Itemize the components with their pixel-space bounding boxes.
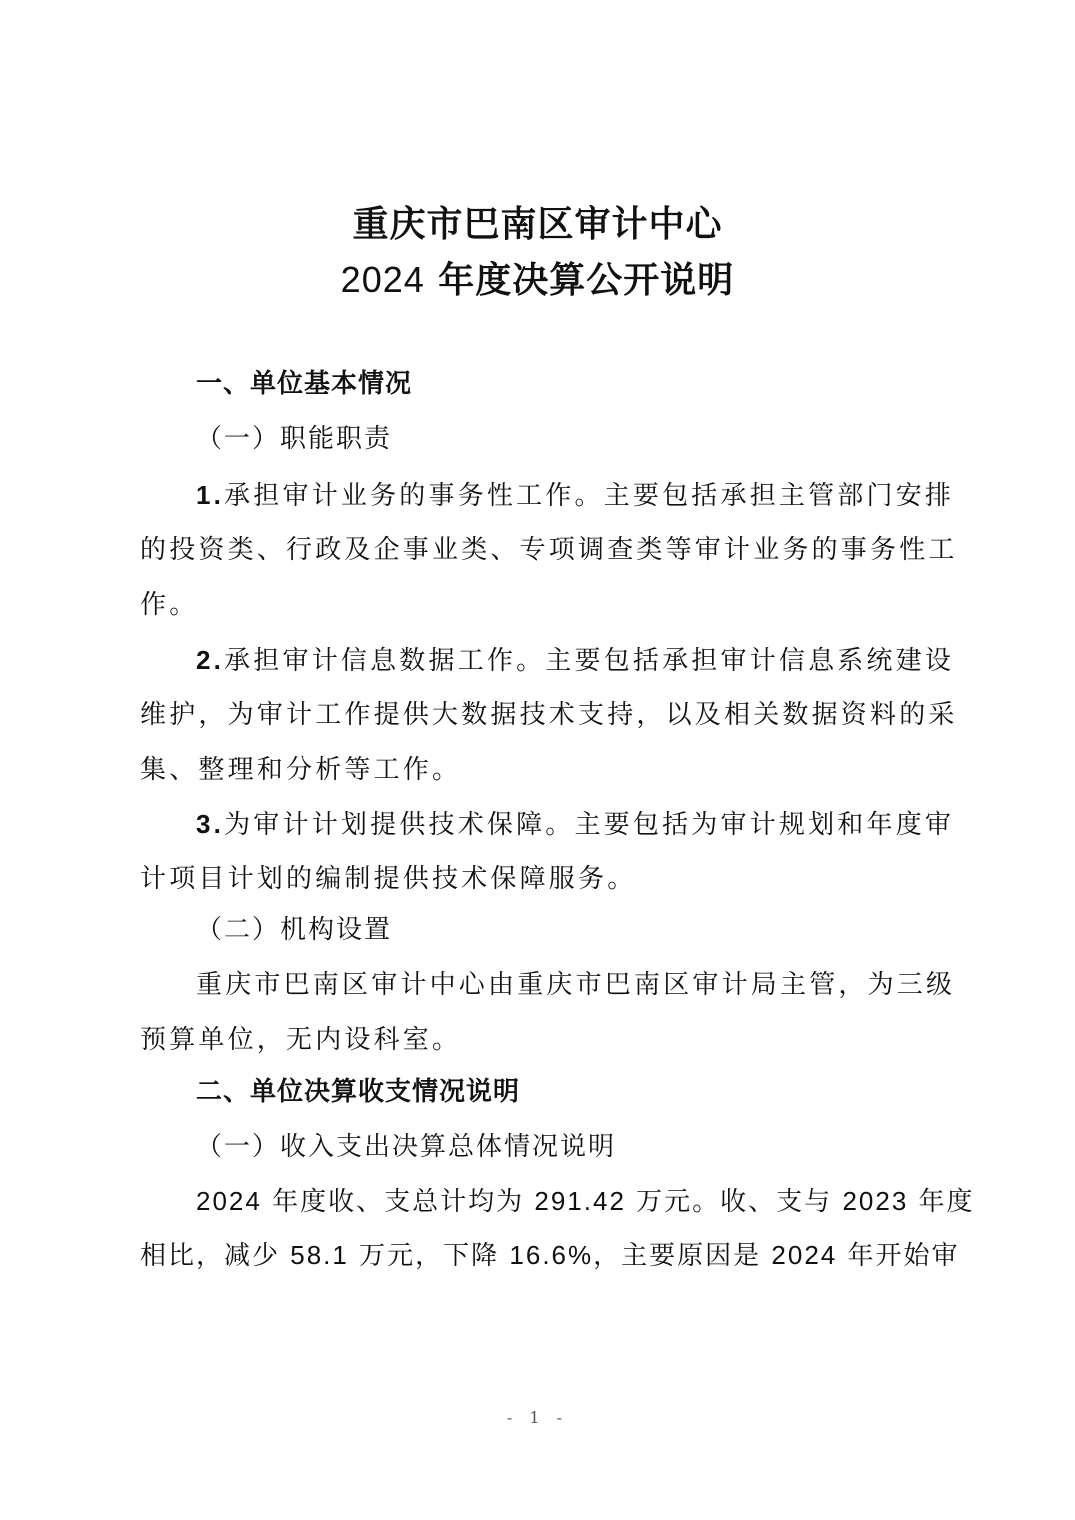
duty-item-2-number: 2. <box>196 645 224 675</box>
summary-decrease-amount: 58.1 <box>290 1240 349 1270</box>
duty-item-1-line2: 的投资类、行政及企事业类、专项调查类等审计业务的事务性工 <box>140 532 940 568</box>
organization-line1: 重庆市巴南区审计中心由重庆市巴南区审计局主管，为三级 <box>196 967 940 1003</box>
title-year: 2024 <box>341 259 425 300</box>
page-number: - 1 - <box>0 1408 1075 1427</box>
summary-text-4: 相比，减少 <box>140 1241 290 1271</box>
summary-text-6: ，主要原因是 <box>593 1241 771 1271</box>
duty-item-2-line1: 2.承担审计信息数据工作。主要包括承担审计信息系统建设 <box>196 642 940 679</box>
duty-item-3-line1: 3.为审计计划提供技术保障。主要包括为审计规划和年度审 <box>196 806 940 843</box>
summary-text-5: 万元，下降 <box>349 1241 510 1271</box>
subsection-heading-organization: （二）机构设置 <box>196 912 996 948</box>
summary-text-3: 年度 <box>908 1187 974 1217</box>
summary-year-2: 2024 <box>771 1240 837 1270</box>
duty-item-3-line2: 计项目计划的编制提供技术保障服务。 <box>140 861 940 897</box>
summary-text-2: 万元。收、支与 <box>626 1187 843 1217</box>
summary-total-amount: 291.42 <box>534 1186 626 1216</box>
document-page: 重庆市巴南区审计中心 2024 年度决算公开说明 一、单位基本情况 （一）职能职… <box>0 0 1075 1520</box>
summary-text-1: 年度收、支总计均为 <box>262 1187 535 1217</box>
subsection-heading-duties: （一）职能职责 <box>196 421 996 457</box>
summary-line1: 2024 年度收、支总计均为 291.42 万元。收、支与 2023 年度 <box>196 1183 940 1220</box>
organization-line2: 预算单位，无内设科室。 <box>140 1022 940 1058</box>
duty-item-3-text: 为审计计划提供技术保障。主要包括为审计规划和年度审 <box>224 810 954 840</box>
summary-prev-year: 2023 <box>842 1186 908 1216</box>
subsection-heading-summary: （一）收入支出决算总体情况说明 <box>196 1129 996 1165</box>
duty-item-2-line3: 集、整理和分析等工作。 <box>140 752 940 788</box>
section-heading-1: 一、单位基本情况 <box>196 366 996 402</box>
document-title-line2: 2024 年度决算公开说明 <box>0 252 1075 303</box>
section-heading-2: 二、单位决算收支情况说明 <box>196 1074 996 1110</box>
duty-item-1-text: 承担审计业务的事务性工作。主要包括承担主管部门安排 <box>224 481 954 511</box>
duty-item-1-line3: 作。 <box>140 587 940 623</box>
summary-line2: 相比，减少 58.1 万元，下降 16.6%，主要原因是 2024 年开始审 <box>140 1237 940 1274</box>
summary-text-7: 年开始审 <box>837 1241 959 1271</box>
summary-decrease-percent: 16.6% <box>509 1240 593 1270</box>
title-rest: 年度决算公开说明 <box>425 259 735 301</box>
duty-item-1-number: 1. <box>196 480 224 510</box>
duty-item-3-number: 3. <box>196 809 224 839</box>
duty-item-2-line2: 维护，为审计工作提供大数据技术支持，以及相关数据资料的采 <box>140 697 940 733</box>
duty-item-2-text: 承担审计信息数据工作。主要包括承担审计信息系统建设 <box>224 646 954 676</box>
summary-year: 2024 <box>196 1186 262 1216</box>
document-title-line1: 重庆市巴南区审计中心 <box>0 196 1075 247</box>
duty-item-1-line1: 1.承担审计业务的事务性工作。主要包括承担主管部门安排 <box>196 477 940 514</box>
